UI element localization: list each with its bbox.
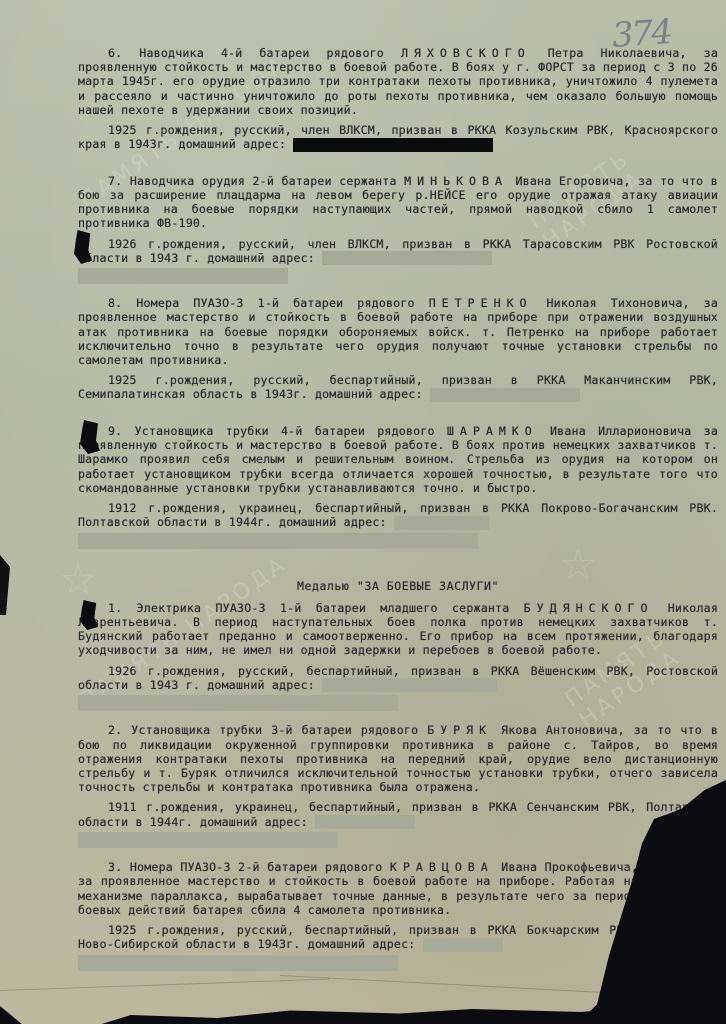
- entry-lead: 6. Наводчика 4-й батареи рядового: [108, 46, 401, 60]
- entry-bio: 1925 г.рождения, русский, беспартийный, …: [78, 373, 718, 401]
- redacted-address: [315, 815, 415, 829]
- redacted-address: [293, 138, 493, 152]
- document-body: 6. Наводчика 4-й батареи рядового ЛЯХОВС…: [78, 46, 718, 983]
- medal-heading: Медалью "ЗА БОЕВЫЕ ЗАСЛУГИ": [78, 579, 718, 593]
- entry-surname: БУДЯНСКОГО: [524, 601, 654, 615]
- award-entry: 9. Установщика трубки 4-й батареи рядово…: [78, 424, 718, 549]
- award-entry: 2. Установщика трубки 3-й батареи рядово…: [78, 723, 718, 848]
- award-entry: 8. Номера ПУАЗО-3 1-й батареи рядового П…: [78, 296, 718, 414]
- entry-surname: КРАВЦОВА: [390, 860, 494, 874]
- entry-lead: 2. Установщика трубки 3-й батареи рядово…: [108, 723, 427, 737]
- award-entry: 1. Электрика ПУАЗО-3 1-й батареи младшег…: [78, 601, 718, 712]
- entry-surname: ШАРАМКО: [447, 424, 538, 438]
- entry-lead: 8. Номера ПУАЗО-3 1-й батареи рядового: [108, 296, 429, 310]
- entry-surname: МИНЬКОВА: [404, 174, 508, 188]
- entry-surname: ЛЯХОВСКОГО: [401, 46, 531, 60]
- award-entry: 6. Наводчика 4-й батареи рядового ЛЯХОВС…: [78, 46, 718, 164]
- redacted-address-line: [78, 832, 338, 848]
- entry-lead: 3. Номера ПУАЗО-3 2-й батареи рядового: [108, 860, 390, 874]
- redacted-address-line: [78, 695, 398, 711]
- entry-lead: 9. Установщика трубки 4-й батареи рядово…: [108, 424, 447, 438]
- redacted-address: [322, 251, 492, 265]
- document-page: ПАМЯТЬ НАРОДА ПАМЯТЬ НАРОДА ПАМЯТЬ НАРОД…: [0, 0, 726, 1024]
- redacted-address: [322, 678, 497, 692]
- award-entry: 7. Наводчика орудия 2-й батареи сержанта…: [78, 174, 718, 285]
- redacted-address: [394, 516, 489, 530]
- entry-bio: 1925 г.рождения, русский, беспартийный, …: [78, 923, 638, 951]
- entry-lead: 1. Электрика ПУАЗО-3 1-й батареи младшег…: [108, 601, 524, 615]
- redacted-address: [423, 938, 503, 952]
- redacted-address-line: [78, 955, 398, 971]
- torn-edge: [0, 555, 10, 615]
- entry-surname: ПЕТРЕНКО: [429, 296, 533, 310]
- redacted-address-line: [78, 533, 478, 549]
- redacted-address: [430, 388, 580, 402]
- entry-lead: 7. Наводчика орудия 2-й батареи сержанта: [108, 174, 404, 188]
- redacted-address-line: [78, 268, 288, 284]
- entry-surname: БУРЯК: [427, 723, 492, 737]
